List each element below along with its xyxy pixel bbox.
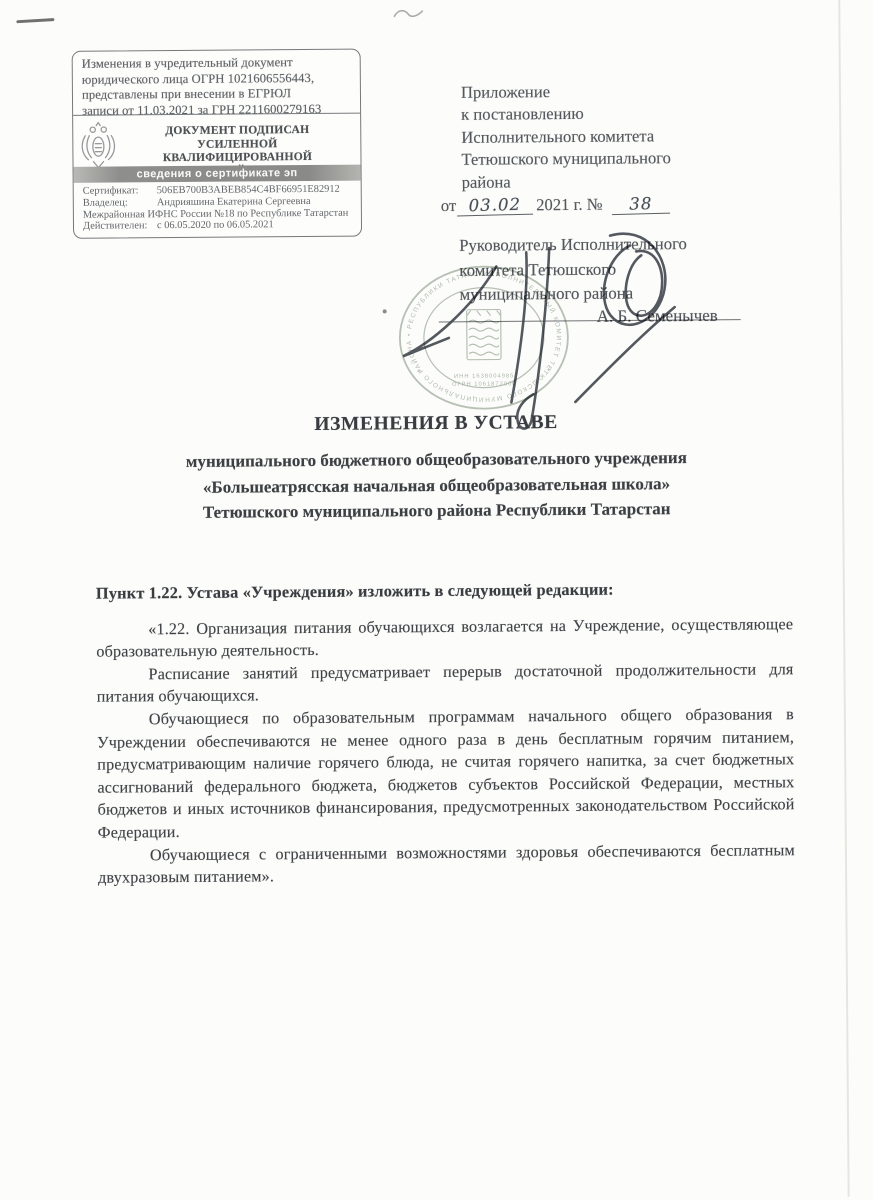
certificate-banner: сведения о сертификате эп bbox=[74, 165, 361, 183]
coat-of-arms-eagle-icon bbox=[79, 121, 117, 169]
certificate-label: Действителен: bbox=[83, 221, 157, 233]
reg-line: записи от 11.03.2021 за ГРН 221160027916… bbox=[82, 101, 352, 119]
handwritten-signature bbox=[378, 222, 775, 440]
paragraph: Обучающиеся с ограниченными возможностям… bbox=[98, 839, 795, 890]
certificate-label: Сертификат: bbox=[83, 185, 157, 197]
document-subtitle: муниципального бюджетного общеобразовате… bbox=[55, 444, 819, 526]
annex-line: Тетюшского муниципального bbox=[440, 147, 760, 172]
signed-title-line: УСИЛЕННОЙ КВАЛИФИЦИРОВАННОЙ bbox=[121, 136, 353, 165]
scanned-document-page: Изменения в учредительный документ юриди… bbox=[0, 0, 873, 1200]
paragraph: «1.22. Организация питания обучающихся в… bbox=[96, 613, 793, 664]
subtitle-line: Тетюшского муниципального района Республ… bbox=[55, 495, 818, 526]
section-heading: Пункт 1.22. Устава «Учреждения» изложить… bbox=[96, 577, 793, 605]
annex-date-line: от03.022021 г. №38 bbox=[441, 192, 761, 217]
paragraph: Обучающиеся по образовательным программа… bbox=[97, 703, 795, 844]
pen-mark bbox=[16, 18, 54, 23]
paragraph: Расписание занятий предусматривает перер… bbox=[96, 658, 793, 709]
document-body: Пункт 1.22. Устава «Учреждения» изложить… bbox=[96, 577, 795, 889]
certificate-details: Сертификат:506EB700B3ABEB854C4BF66951E82… bbox=[83, 184, 355, 233]
registration-stamp-text: Изменения в учредительный документ юриди… bbox=[82, 55, 352, 119]
handwritten-date: 03.02 bbox=[469, 195, 522, 215]
scan-content: Изменения в учредительный документ юриди… bbox=[0, 0, 873, 1200]
registration-stamp-box: Изменения в учредительный документ юриди… bbox=[72, 49, 362, 239]
annex-line: Приложение bbox=[440, 79, 760, 104]
certificate-value: с 06.05.2020 по 06.05.2021 bbox=[157, 220, 274, 232]
scanner-edge-line bbox=[838, 0, 849, 1197]
certificate-row: Сертификат:506EB700B3ABEB854C4BF66951E82… bbox=[83, 184, 355, 198]
annex-block: Приложение к постановлению Исполнительно… bbox=[440, 79, 761, 217]
certificate-value: Андрияшина Екатерина Сергеевна bbox=[157, 196, 311, 208]
certificate-value: Межрайонная ИФНС России №18 по Республик… bbox=[83, 207, 348, 220]
handwritten-number: 38 bbox=[629, 194, 653, 214]
annex-line: к постановлению bbox=[440, 102, 760, 127]
squiggle-mark bbox=[392, 5, 424, 21]
date-middle: 2021 г. № bbox=[536, 195, 603, 215]
reg-line: юридического лица ОГРН 1021606556443, bbox=[82, 70, 352, 88]
certificate-value: 506EB700B3ABEB854C4BF66951E82912 bbox=[157, 184, 340, 196]
annex-line: Исполнительного комитета bbox=[440, 124, 760, 149]
annex-line: района bbox=[441, 169, 761, 194]
date-prefix: от bbox=[441, 196, 456, 215]
certificate-row: Действителен:с 06.05.2020 по 06.05.2021 bbox=[83, 219, 355, 233]
certificate-label: Владелец: bbox=[83, 197, 157, 209]
